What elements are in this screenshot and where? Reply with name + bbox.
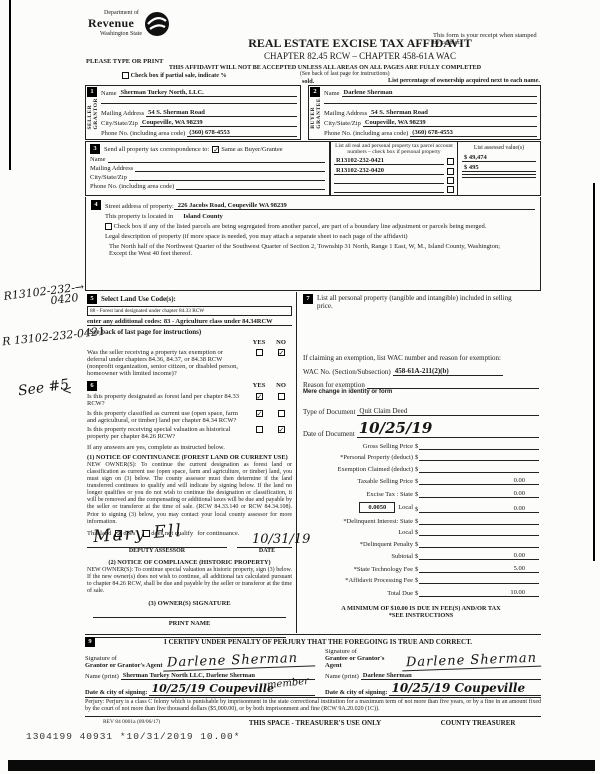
- grantee-date-label: Date & city of signing:: [325, 689, 389, 696]
- deputy-assessor-label: DEPUTY ASSESSOR: [107, 548, 207, 554]
- seller-city-label: City/State/Zip: [101, 120, 140, 127]
- historical-yes-checkbox[interactable]: [256, 426, 263, 433]
- see-back-note: (See back of last page for instructions): [300, 71, 390, 77]
- fee-label-9: Subtotal: [303, 553, 415, 560]
- fee-label-5: Local: [398, 504, 413, 511]
- local-rate-box[interactable]: 0.0050: [359, 502, 395, 513]
- section3-number: 3: [90, 144, 100, 154]
- logo-revenue-text: Revenue: [88, 16, 142, 31]
- additional-codes-field[interactable]: 83 - Agriculture class under 84.34RCW: [162, 318, 292, 326]
- corr-name-field[interactable]: [108, 162, 325, 163]
- fee-label-0: Gross Selling Price: [303, 443, 415, 450]
- segregated-label: Check box if any of the listed parcels a…: [114, 223, 487, 230]
- section4-number: 4: [91, 200, 101, 210]
- buyer-name-field[interactable]: Darlene Sherman: [342, 89, 537, 97]
- scan-artifact-left-line: [9, 0, 11, 170]
- grantor-signature-field[interactable]: Darlene Sherman: [162, 650, 315, 671]
- grantee-sig-label1: Signature of: [325, 648, 357, 655]
- section6-number: 6: [87, 381, 97, 391]
- corr-phone-field[interactable]: [176, 189, 325, 190]
- wac-label: WAC No. (Section/Subsection): [303, 368, 393, 376]
- fee-field-1[interactable]: [419, 454, 539, 461]
- fee-label-12: Total Due: [303, 590, 415, 597]
- reason-exemption-value: Mere change in identity or form: [303, 389, 539, 395]
- receipt-note: This form is your receipt when stamped b…: [433, 32, 543, 46]
- dor-logo: Department of Revenue Washington State: [88, 10, 208, 37]
- doc-date-field[interactable]: 10/25/19: [357, 419, 539, 438]
- sec5-no-header: NO: [270, 339, 292, 346]
- logo-state-text: Washington State: [88, 31, 142, 37]
- fee-label-6: *Delinquent Interest: State: [303, 518, 415, 525]
- buyer-address-field[interactable]: 54 S. Sherman Road: [369, 109, 537, 117]
- buyer-phone-label: Phone No. (including area code): [324, 130, 410, 137]
- assessed-value-2[interactable]: [462, 174, 536, 175]
- grantee-side-label: GRANTEE: [316, 98, 322, 129]
- notice-compliance-body: NEW OWNER(S): To continue special valuat…: [87, 567, 292, 595]
- doc-type-label: Type of Document: [303, 408, 357, 416]
- same-as-buyer-checkbox[interactable]: ✓: [212, 146, 219, 153]
- revenue-swirl-icon: [144, 11, 170, 37]
- section2-number: 2: [310, 87, 320, 97]
- sec6-yes-header: YES: [248, 382, 270, 389]
- fee-field-8[interactable]: [419, 541, 539, 548]
- minimum-due-note: A MINIMUM OF $10.00 IS DUE IN FEE(S) AND…: [303, 605, 539, 612]
- street-address-label: Street address of property:: [105, 203, 174, 210]
- grantee-sig-label2: Grantee or Grantor's Agent: [325, 655, 384, 669]
- grantor-signing-block: Signature ofGrantor or Grantor's Agent D…: [85, 649, 325, 696]
- county-treasurer-label: COUNTY TREASURER: [415, 719, 541, 727]
- buyer-city-field[interactable]: Coupeville, WA 98239: [363, 119, 537, 127]
- reason-exemption-label: Reason for exemption: [303, 381, 367, 389]
- owners-signature-title: (3) OWNER(S) SIGNATURE: [87, 600, 292, 607]
- parcel-numbers-header: List all real and personal property tax …: [334, 143, 454, 155]
- fee-field-3[interactable]: 0.00: [419, 477, 539, 485]
- assessed-value-3[interactable]: [462, 177, 536, 178]
- fee-label-3: Taxable Selling Price: [303, 478, 415, 485]
- assessed-values-box: List assessed value(s) $ 49,474 $ 495: [458, 141, 541, 196]
- seller-section: 1 SELLER GRANTOR NameSherman Turkey Nort…: [85, 85, 301, 140]
- fee-label-2: Exemption Claimed (deduct): [303, 466, 415, 473]
- legal-description-line1: The North half of the Northwest Quarter …: [109, 243, 529, 250]
- corr-name-label: Name: [90, 156, 108, 163]
- owners-signature-line[interactable]: [93, 617, 286, 618]
- grantor-sig-label2: Grantor or Grantor's Agent: [85, 662, 163, 669]
- fee-field-12[interactable]: 10.00: [419, 589, 539, 597]
- affidavit-page: Department of Revenue Washington State R…: [0, 0, 600, 774]
- fee-field-10[interactable]: 5.00: [419, 565, 539, 573]
- right-column: 7 List all personal property (tangible a…: [296, 292, 541, 633]
- footer-row: REV 84 0001a (09/06/17) THIS SPACE - TRE…: [85, 716, 541, 727]
- section5-number: 5: [87, 294, 97, 304]
- section9-number: 9: [85, 637, 95, 647]
- legal-description-text: The North half of the Northwest Quarter …: [109, 243, 529, 257]
- notice-continuance-body: NEW OWNER(S): To continue the current de…: [87, 462, 292, 526]
- corr-phone-label: Phone No. (including area code): [90, 183, 176, 190]
- wac-field[interactable]: 458-61A-211(2)(b): [393, 367, 503, 376]
- reason-exemption-field[interactable]: [367, 388, 539, 389]
- margin-annotation-parcel-0420: R13102-232-→ 0420: [3, 280, 86, 313]
- grantor-side-label: GRANTOR: [93, 98, 99, 130]
- parcel-personal-checkbox-2[interactable]: [447, 177, 454, 184]
- continuance-qualify-row: This land ✓ does does not qualify for co…: [87, 530, 292, 556]
- if-yes-note: If any answers are yes, complete as inst…: [87, 444, 292, 451]
- grantor-date-label: Date & city of signing:: [85, 689, 149, 696]
- property-location-section: 4 Street address of property: 226 Jacobs…: [85, 197, 541, 291]
- buyer-section: 2 BUYER GRANTEE NameDarlene Sherman Mail…: [308, 85, 541, 140]
- parcel-personal-checkbox-3[interactable]: [447, 186, 454, 193]
- parcels-section: List all real and personal property tax …: [330, 141, 541, 196]
- current-use-question: Is this property classified as current u…: [87, 410, 248, 424]
- correspondence-label: Send all property tax correspondence to:: [104, 146, 209, 153]
- exemption-question: Was the seller receiving a property tax …: [87, 349, 248, 377]
- notice-continuance-title: (1) NOTICE OF CONTINUANCE (FOREST LAND O…: [87, 454, 292, 461]
- seller-city-field[interactable]: Coupeville, WA 98239: [140, 119, 297, 127]
- fee-field-2[interactable]: [419, 466, 539, 473]
- fee-field-0[interactable]: [419, 443, 539, 450]
- corr-city-field[interactable]: [129, 180, 325, 181]
- legal-description-line2: Except the West 40 feet thereof.: [109, 250, 529, 257]
- fee-field-7[interactable]: [419, 529, 539, 536]
- page-subtitle: CHAPTER 82.45 RCW – CHAPTER 458-61A WAC: [195, 51, 525, 61]
- margin-annotation-brace: <: [62, 383, 72, 397]
- seller-phone-label: Phone No. (including area code): [101, 130, 187, 137]
- buyer-address-label: Mailing Address: [324, 110, 369, 117]
- sec6-no-header: NO: [270, 382, 292, 389]
- forest-yes-checkbox[interactable]: ✓: [256, 393, 263, 400]
- corr-address-field[interactable]: [135, 171, 325, 172]
- seller-name2-field[interactable]: [101, 103, 297, 104]
- same-as-buyer-label: Same as Buyer/Grantee: [221, 146, 282, 153]
- perjury-text: Perjury: Perjury is a class C felony whi…: [85, 697, 541, 713]
- sold-label: sold.: [302, 78, 314, 85]
- notice-compliance-title: (2) NOTICE OF COMPLIANCE (HISTORIC PROPE…: [87, 559, 292, 566]
- parcel-personal-checkbox-1[interactable]: [447, 168, 454, 175]
- parcel-row-3[interactable]: [334, 192, 444, 193]
- grantee-print-label: Name (print): [325, 673, 361, 680]
- buyer-name2-field[interactable]: [324, 103, 537, 104]
- forest-no-checkbox[interactable]: [278, 393, 285, 400]
- current-use-yes-checkbox[interactable]: ✓: [256, 410, 263, 417]
- corr-city-label: City/State/Zip: [90, 174, 129, 181]
- warning-text: THIS AFFIDAVIT WILL NOT BE ACCEPTED UNLE…: [110, 64, 540, 71]
- exemption-yes-checkbox[interactable]: [256, 349, 263, 356]
- fee-label-10: *State Technology Fee: [303, 566, 415, 573]
- additional-codes-label: enter any additional codes:: [87, 318, 162, 326]
- tax-correspondence-section: 3 Send all property tax correspondence t…: [85, 141, 330, 196]
- deputy-date-handwritten[interactable]: 10/31/19: [252, 532, 310, 547]
- parcel-numbers-box: List all real and personal property tax …: [330, 141, 458, 196]
- seller-name-field[interactable]: Sherman Turkey North, LLC.: [119, 89, 297, 97]
- see-instructions-note: *SEE INSTRUCTIONS: [303, 612, 539, 619]
- fee-label-4: Excise Tax : State: [303, 491, 415, 498]
- fee-field-6[interactable]: [419, 518, 539, 525]
- parcel-personal-checkbox-0[interactable]: [447, 158, 454, 165]
- date-label: DATE: [242, 548, 292, 554]
- fee-field-4[interactable]: 0.00: [419, 490, 539, 498]
- street-address-field[interactable]: 226 Jacobs Road, Coupeville WA 98239: [174, 202, 535, 210]
- seller-address-field[interactable]: 54 S. Sherman Road: [146, 109, 297, 117]
- seller-phone-field[interactable]: (360) 678-4553: [187, 129, 297, 137]
- cashier-stamp: 1304199 40931 *10/31/2019 10.00*: [26, 731, 240, 742]
- fee-field-11[interactable]: [419, 577, 539, 584]
- grantee-signing-block: Signature ofGrantee or Grantor's Agent D…: [325, 649, 541, 696]
- grantee-signature-field[interactable]: Darlene Sherman: [402, 651, 542, 672]
- scan-artifact-bottom-bar: [8, 760, 595, 771]
- print-name-label: PRINT NAME: [87, 620, 292, 627]
- grantor-print-label: Name (print): [85, 673, 121, 680]
- current-use-no-checkbox[interactable]: [278, 410, 285, 417]
- grantee-date-field[interactable]: 10/25/19 Coupeville: [389, 681, 541, 696]
- doc-type-field[interactable]: Quit Claim Deed: [357, 407, 539, 416]
- assessed-value-0[interactable]: $ 49,474: [462, 154, 536, 162]
- segregated-checkbox[interactable]: [105, 223, 112, 230]
- qualify-post-label: for continuance.: [197, 530, 239, 537]
- fee-field-9[interactable]: 0.00: [419, 552, 539, 560]
- left-column: 5 Select Land Use Code(s): 88 - Forest l…: [85, 292, 296, 633]
- partial-sale-label: Check box if partial sale, indicate %: [131, 72, 227, 79]
- exemption-no-checkbox[interactable]: ✓: [278, 349, 285, 356]
- buyer-name-label: Name: [324, 90, 342, 97]
- parcel-row-2[interactable]: [334, 183, 444, 184]
- section1-number: 1: [87, 87, 97, 97]
- grantee-print-field[interactable]: Darlene Sherman: [361, 672, 541, 680]
- parcel-row-0[interactable]: R13102-232-0421: [334, 157, 444, 165]
- fee-field-5[interactable]: 0.00: [419, 505, 539, 513]
- buyer-city-label: City/State/Zip: [324, 120, 363, 127]
- scan-artifact-right-line: [593, 183, 595, 561]
- corr-address-label: Mailing Address: [90, 165, 135, 172]
- personal-property-label: List all personal property (tangible and…: [317, 294, 527, 310]
- assessed-values-header: List assessed value(s): [462, 145, 536, 151]
- see-back-instructions: (See back of last page for instructions): [87, 328, 292, 336]
- land-use-label: Select Land Use Code(s):: [101, 295, 176, 303]
- historical-no-checkbox[interactable]: ✓: [278, 426, 285, 433]
- forest-land-question: Is this property designated as forest la…: [87, 393, 248, 407]
- partial-sale-checkbox[interactable]: [122, 72, 129, 79]
- fee-label-11: *Affidavit Processing Fee: [303, 577, 415, 584]
- located-in-label: This property is located in: [105, 213, 173, 220]
- parcel-row-1[interactable]: R13102-232-0420: [334, 167, 444, 175]
- seller-name-label: Name: [101, 90, 119, 97]
- form-rev-number: REV 84 0001a (09/06/17): [85, 719, 215, 727]
- section7-number: 7: [303, 294, 313, 304]
- certify-statement: I CERTIFY UNDER PENALTY OF PERJURY THAT …: [95, 638, 541, 646]
- grantor-sig-label1: Signature of: [85, 655, 117, 662]
- ownership-note: List percentage of ownership acquired ne…: [388, 77, 540, 84]
- fee-label-7: Local: [303, 529, 415, 536]
- certification-section: 9 I CERTIFY UNDER PENALTY OF PERJURY THA…: [85, 634, 541, 696]
- historical-question: Is this property receiving special valua…: [87, 426, 248, 440]
- claiming-exemption-label: If claiming an exemption, list WAC numbe…: [303, 354, 539, 362]
- doc-date-label: Date of Document: [303, 430, 357, 438]
- legal-description-label: Legal description of property (if more s…: [105, 233, 535, 240]
- lower-body: 5 Select Land Use Code(s): 88 - Forest l…: [85, 292, 541, 633]
- fee-label-1: *Personal Property (deduct): [303, 454, 415, 461]
- assessed-value-1[interactable]: $ 495: [462, 164, 536, 172]
- partial-sale-row: Check box if partial sale, indicate %: [122, 72, 227, 79]
- fee-label-8: *Delinquent Penalty: [303, 541, 415, 548]
- buyer-phone-field[interactable]: (360) 678-4553: [410, 129, 537, 137]
- county-field[interactable]: Island County: [183, 213, 223, 220]
- land-use-code-field[interactable]: 88 - Forest land designated under chapte…: [87, 306, 292, 316]
- treasurer-space-label: THIS SPACE - TREASURER'S USE ONLY: [215, 719, 415, 727]
- sec5-yes-header: YES: [248, 339, 270, 346]
- seller-address-label: Mailing Address: [101, 110, 146, 117]
